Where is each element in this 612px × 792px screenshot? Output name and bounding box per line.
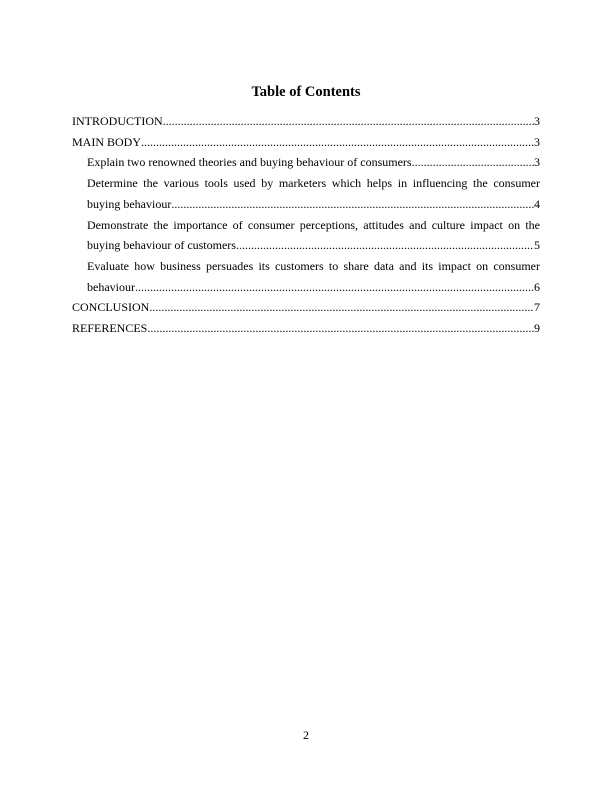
toc-page-number: 7	[534, 297, 540, 318]
toc-entry-perceptions[interactable]: Demonstrate the importance of consumer p…	[87, 215, 540, 256]
toc-entry-text: MAIN BODY	[72, 132, 141, 153]
dot-leader	[135, 277, 534, 298]
toc-entry-text: Explain two renowned theories and buying…	[87, 152, 412, 173]
toc-entry-conclusion[interactable]: CONCLUSION 7	[72, 297, 540, 318]
dot-leader	[236, 235, 534, 256]
dot-leader	[412, 152, 534, 173]
toc-entry-text: buying behaviour of customers	[87, 235, 236, 256]
toc-page-number: 3	[534, 152, 540, 173]
dot-leader	[171, 194, 534, 215]
toc-page-number: 9	[534, 318, 540, 339]
toc-entry-text: INTRODUCTION	[72, 111, 163, 132]
dot-leader	[141, 132, 534, 153]
toc-entry-text: buying behaviour	[87, 194, 171, 215]
toc-page-number: 4	[534, 194, 540, 215]
toc-entry-theories[interactable]: Explain two renowned theories and buying…	[87, 152, 540, 173]
toc-page-number: 3	[534, 111, 540, 132]
toc-entry-text: REFERENCES	[72, 318, 147, 339]
toc-entry-text-line1: Evaluate how business persuades its cust…	[87, 256, 540, 277]
toc-entry-introduction[interactable]: INTRODUCTION 3	[72, 111, 540, 132]
toc-entry-references[interactable]: REFERENCES 9	[72, 318, 540, 339]
dot-leader	[147, 318, 534, 339]
dot-leader	[149, 297, 534, 318]
toc-entry-text: behaviour	[87, 277, 135, 298]
toc-page-number: 3	[534, 132, 540, 153]
toc-page-number: 5	[534, 235, 540, 256]
toc-page-number: 6	[534, 277, 540, 298]
toc-entry-share-data[interactable]: Evaluate how business persuades its cust…	[87, 256, 540, 297]
dot-leader	[163, 111, 534, 132]
toc-entry-tools[interactable]: Determine the various tools used by mark…	[87, 173, 540, 214]
toc-title: Table of Contents	[0, 84, 612, 101]
toc-entry-text-line1: Determine the various tools used by mark…	[87, 173, 540, 194]
table-of-contents: INTRODUCTION 3 MAIN BODY 3 Explain two r…	[72, 111, 540, 339]
toc-entry-main-body[interactable]: MAIN BODY 3	[72, 132, 540, 153]
toc-entry-text: CONCLUSION	[72, 297, 149, 318]
page-number: 2	[0, 728, 612, 743]
toc-entry-text-line1: Demonstrate the importance of consumer p…	[87, 215, 540, 236]
